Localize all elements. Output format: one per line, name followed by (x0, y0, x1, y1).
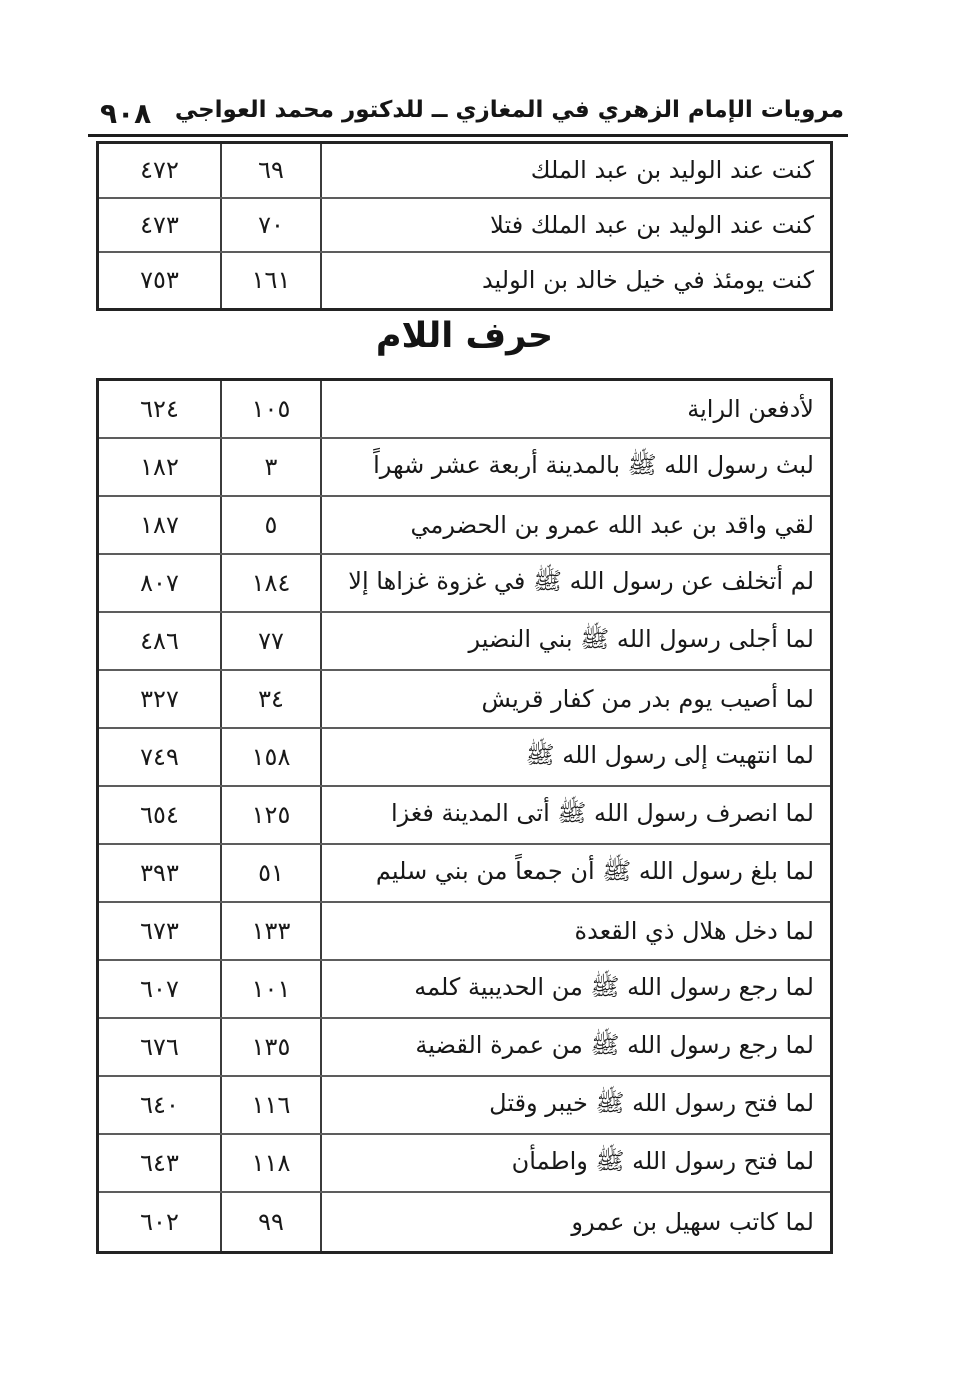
page-number-cell: ٦٠٧ (99, 961, 220, 1017)
hadith-number-cell: ١٣٣ (220, 903, 320, 959)
entry-text-cell: لما بلغ رسول الله ﷺ أن جمعاً من بني سليم (320, 845, 830, 901)
table-row: لما أجلى رسول الله ﷺ بني النضير ٧٧ ٤٨٦ (99, 613, 830, 671)
table-row: لبث رسول الله ﷺ بالمدينة أربعة عشر شهراً… (99, 439, 830, 497)
table-row: لما كاتب سهيل بن عمرو ٩٩ ٦٠٢ (99, 1193, 830, 1251)
page-number-cell: ٦٠٢ (99, 1193, 220, 1251)
hadith-number-cell: ١٨٤ (220, 555, 320, 611)
page-number-cell: ٦٧٣ (99, 903, 220, 959)
page-number-cell: ٦٢٤ (99, 381, 220, 437)
table-row: كنت عند الوليد بن عبد الملك ٦٩ ٤٧٢ (99, 144, 830, 199)
entry-text-cell: لما كاتب سهيل بن عمرو (320, 1193, 830, 1251)
index-table-kaf-continued: كنت عند الوليد بن عبد الملك ٦٩ ٤٧٢ كنت ع… (96, 141, 833, 311)
entry-text-cell: لما فتح رسول الله ﷺ خيبر وقتل (320, 1077, 830, 1133)
page-number-cell: ٦٥٤ (99, 787, 220, 843)
hadith-number-cell: ٣ (220, 439, 320, 495)
table-row: لما انصرف رسول الله ﷺ أتى المدينة فغزا ١… (99, 787, 830, 845)
table-row: لما رجع رسول الله ﷺ من عمرة القضية ١٣٥ ٦… (99, 1019, 830, 1077)
entry-text-cell: لما أجلى رسول الله ﷺ بني النضير (320, 613, 830, 669)
hadith-number-cell: ١٢٥ (220, 787, 320, 843)
entry-text-cell: لما رجع رسول الله ﷺ من عمرة القضية (320, 1019, 830, 1075)
table-row: لما انتهيت إلى رسول الله ﷺ ١٥٨ ٧٤٩ (99, 729, 830, 787)
table-row: كنت عند الوليد بن عبد الملك فتلا ٧٠ ٤٧٣ (99, 199, 830, 254)
entry-text-cell: لما أصيب يوم بدر من كفار قريش (320, 671, 830, 727)
page-number-cell: ٧٥٣ (99, 253, 220, 308)
hadith-number-cell: ٣٤ (220, 671, 320, 727)
book-header-title: مرويات الإمام الزهري في المغازي ــ للدكت… (175, 97, 844, 123)
entry-text-cell: لأدفعن الراية (320, 381, 830, 437)
table-row: لما فتح رسول الله ﷺ خيبر وقتل ١١٦ ٦٤٠ (99, 1077, 830, 1135)
table-row: لقي واقد بن عبد الله عمرو بن الحضرمي ٥ ١… (99, 497, 830, 555)
page-number: ٩٠٨ (100, 97, 151, 130)
index-table-lam: لأدفعن الراية ١٠٥ ٦٢٤ لبث رسول الله ﷺ با… (96, 378, 833, 1254)
hadith-number-cell: ١١٦ (220, 1077, 320, 1133)
page-number-cell: ١٨٧ (99, 497, 220, 553)
table-row: لما أصيب يوم بدر من كفار قريش ٣٤ ٣٢٧ (99, 671, 830, 729)
table-row: لأدفعن الراية ١٠٥ ٦٢٤ (99, 381, 830, 439)
scanned-book-page: مرويات الإمام الزهري في المغازي ــ للدكت… (0, 0, 954, 1386)
page-number-cell: ٦٧٦ (99, 1019, 220, 1075)
hadith-number-cell: ١٠١ (220, 961, 320, 1017)
hadith-number-cell: ١٣٥ (220, 1019, 320, 1075)
entry-text-cell: كنت يومئذ في خيل خالد بن الوليد (320, 253, 830, 308)
hadith-number-cell: ١٦١ (220, 253, 320, 308)
page-number-cell: ٤٧٣ (99, 199, 220, 252)
hadith-number-cell: ٥١ (220, 845, 320, 901)
table-row: لما دخل هلال ذي القعدة ١٣٣ ٦٧٣ (99, 903, 830, 961)
hadith-number-cell: ٧٠ (220, 199, 320, 252)
table-row: لم أتخلف عن رسول الله ﷺ في غزوة غزاها إل… (99, 555, 830, 613)
page-number-cell: ١٨٢ (99, 439, 220, 495)
hadith-number-cell: ١٥٨ (220, 729, 320, 785)
page-number-cell: ٣٢٧ (99, 671, 220, 727)
entry-text-cell: لبث رسول الله ﷺ بالمدينة أربعة عشر شهراً (320, 439, 830, 495)
hadith-number-cell: ١١٨ (220, 1135, 320, 1191)
entry-text-cell: لقي واقد بن عبد الله عمرو بن الحضرمي (320, 497, 830, 553)
entry-text-cell: لما دخل هلال ذي القعدة (320, 903, 830, 959)
hadith-number-cell: ١٠٥ (220, 381, 320, 437)
section-heading-letter-lam: حرف اللام (96, 316, 833, 356)
page-number-cell: ٤٨٦ (99, 613, 220, 669)
page-number-cell: ٨٠٧ (99, 555, 220, 611)
page-number-cell: ٦٤٣ (99, 1135, 220, 1191)
entry-text-cell: لما انتهيت إلى رسول الله ﷺ (320, 729, 830, 785)
hadith-number-cell: ٥ (220, 497, 320, 553)
page-number-cell: ٤٧٢ (99, 144, 220, 197)
hadith-number-cell: ٦٩ (220, 144, 320, 197)
page-number-cell: ٦٤٠ (99, 1077, 220, 1133)
entry-text-cell: لم أتخلف عن رسول الله ﷺ في غزوة غزاها إل… (320, 555, 830, 611)
hadith-number-cell: ٩٩ (220, 1193, 320, 1251)
table-row: كنت يومئذ في خيل خالد بن الوليد ١٦١ ٧٥٣ (99, 253, 830, 308)
entry-text-cell: كنت عند الوليد بن عبد الملك (320, 144, 830, 197)
table-row: لما بلغ رسول الله ﷺ أن جمعاً من بني سليم… (99, 845, 830, 903)
hadith-number-cell: ٧٧ (220, 613, 320, 669)
entry-text-cell: لما رجع رسول الله ﷺ من الحديبية كلمه (320, 961, 830, 1017)
entry-text-cell: كنت عند الوليد بن عبد الملك فتلا (320, 199, 830, 252)
table-row: لما فتح رسول الله ﷺ واطمأن ١١٨ ٦٤٣ (99, 1135, 830, 1193)
page-number-cell: ٧٤٩ (99, 729, 220, 785)
page-number-cell: ٣٩٣ (99, 845, 220, 901)
entry-text-cell: لما فتح رسول الله ﷺ واطمأن (320, 1135, 830, 1191)
table-row: لما رجع رسول الله ﷺ من الحديبية كلمه ١٠١… (99, 961, 830, 1019)
entry-text-cell: لما انصرف رسول الله ﷺ أتى المدينة فغزا (320, 787, 830, 843)
header-rule (88, 134, 848, 137)
